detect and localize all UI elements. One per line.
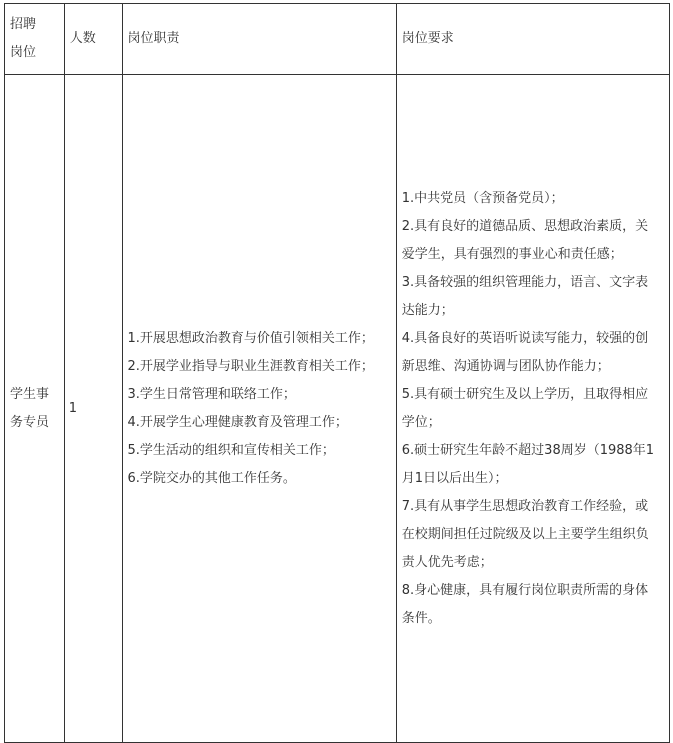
requirement-line: 责人优先考虑； [402,549,661,577]
position-line: 学生事 [10,381,64,409]
header-count: 人数 [64,4,122,75]
requirement-line: 条件。 [402,605,661,633]
table-header-row: 招聘 岗位 人数 岗位职责 岗位要求 [5,4,670,75]
header-position-line: 招聘 [10,11,64,39]
requirement-item: 7.具有从事学生思想政治教育工作经验，或 在校期间担任过院级及以上主要学生组织负… [402,493,661,577]
table-row: 学生事 务专员 1 1.开展思想政治教育与价值引领相关工作； 2.开展学业指导与… [5,75,670,721]
cell-requirements: 1.中共党员（含预备党员）； 2.具有良好的道德品质、思想政治素质，关 爱学生，… [396,75,669,721]
header-count-label: 人数 [70,25,122,53]
header-duties-label: 岗位职责 [128,25,396,53]
requirement-line: 6.硕士研究生年龄不超过38周岁（1988年1 [402,437,661,465]
duty-item: 3.学生日常管理和联络工作； [128,381,396,409]
header-position: 招聘 岗位 [5,4,65,75]
duty-item: 1.开展思想政治教育与价值引领相关工作； [128,325,396,353]
requirement-line: 在校期间担任过院级及以上主要学生组织负 [402,521,661,549]
header-position-line: 岗位 [10,39,64,67]
requirement-item: 3.具备较强的组织管理能力，语言、文字表 达能力； [402,269,661,325]
requirement-line: 2.具有良好的道德品质、思想政治素质，关 [402,213,661,241]
header-requirements: 岗位要求 [396,4,669,75]
header-requirements-label: 岗位要求 [402,25,669,53]
duty-item: 6.学院交办的其他工作任务。 [128,465,396,493]
requirement-line: 7.具有从事学生思想政治教育工作经验，或 [402,493,661,521]
requirement-item: 8.身心健康，具有履行岗位职责所需的身体 条件。 [402,577,661,633]
duty-item: 4.开展学生心理健康教育及管理工作； [128,409,396,437]
position-line: 务专员 [10,409,64,437]
requirement-line: 达能力； [402,297,661,325]
recruitment-table: 招聘 岗位 人数 岗位职责 岗位要求 学生事 务专员 1 1.开展思想政治教育与… [4,3,670,720]
requirement-item: 5.具有硕士研究生及以上学历，且取得相应 学位； [402,381,661,437]
requirement-line: 爱学生，具有强烈的事业心和责任感； [402,241,661,269]
requirement-line: 月1日以后出生）； [402,465,661,493]
requirement-line: 5.具有硕士研究生及以上学历，且取得相应 [402,381,661,409]
requirement-line: 1.中共党员（含预备党员）； [402,185,661,213]
requirement-line: 8.身心健康，具有履行岗位职责所需的身体 [402,577,661,605]
cell-count: 1 [64,75,122,721]
requirement-item: 2.具有良好的道德品质、思想政治素质，关 爱学生，具有强烈的事业心和责任感； [402,213,661,269]
requirement-item: 6.硕士研究生年龄不超过38周岁（1988年1 月1日以后出生）； [402,437,661,493]
requirement-line: 4.具备良好的英语听说读写能力，较强的创 [402,325,661,353]
duty-item: 2.开展学业指导与职业生涯教育相关工作； [128,353,396,381]
cell-duties: 1.开展思想政治教育与价值引领相关工作； 2.开展学业指导与职业生涯教育相关工作… [122,75,396,721]
requirement-line: 学位； [402,409,661,437]
requirement-item: 4.具备良好的英语听说读写能力，较强的创 新思维、沟通协调与团队协作能力； [402,325,661,381]
requirement-line: 新思维、沟通协调与团队协作能力； [402,353,661,381]
duty-item: 5.学生活动的组织和宣传相关工作； [128,437,396,465]
requirement-item: 1.中共党员（含预备党员）； [402,185,661,213]
count-value: 1 [69,395,122,423]
requirement-line: 3.具备较强的组织管理能力，语言、文字表 [402,269,661,297]
header-duties: 岗位职责 [122,4,396,75]
cell-position: 学生事 务专员 [5,75,65,721]
